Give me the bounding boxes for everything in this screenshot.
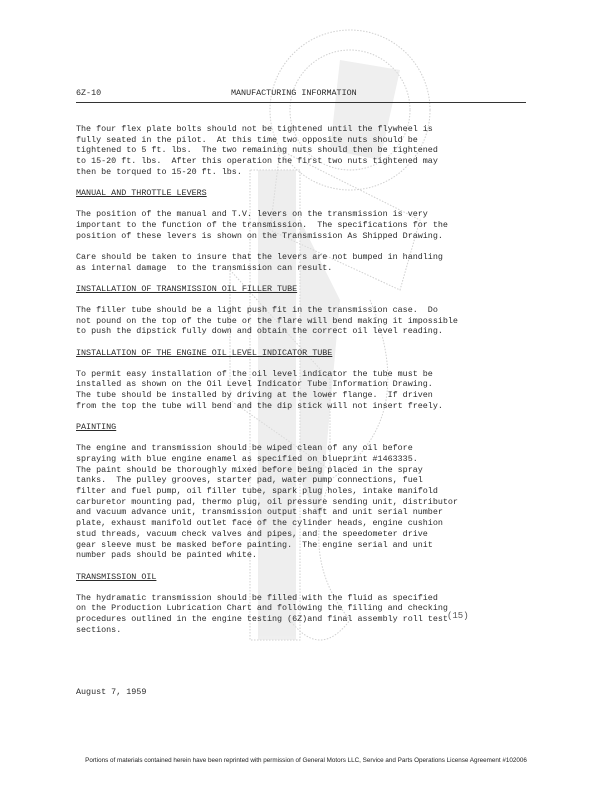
paragraph-painting: The engine and transmission should be wi… (76, 443, 516, 561)
heading-filler-tube: INSTALLATION OF TRANSMISSION OIL FILLER … (76, 284, 516, 295)
margin-annotation: (15) (447, 611, 469, 621)
page-title: MANUFACTURING INFORMATION (231, 88, 357, 98)
document-body: The four flex plate bolts should not be … (76, 124, 516, 646)
paragraph-oil-level-indicator-tube: To permit easy installation of the oil l… (76, 369, 516, 412)
heading-transmission-oil: TRANSMISSION OIL (76, 572, 516, 583)
paragraph-flex-plate-bolts: The four flex plate bolts should not be … (76, 124, 516, 178)
heading-oil-level-indicator-tube: INSTALLATION OF THE ENGINE OIL LEVEL IND… (76, 348, 516, 359)
license-footer: Portions of materials contained herein h… (0, 757, 612, 764)
document-date: August 7, 1959 (76, 687, 146, 697)
heading-manual-throttle-levers: MANUAL AND THROTTLE LEVERS (76, 188, 516, 199)
paragraph-lever-care: Care should be taken to insure that the … (76, 252, 516, 273)
paragraph-lever-position: The position of the manual and T.V. leve… (76, 209, 516, 241)
heading-painting: PAINTING (76, 422, 516, 433)
page-header: 6Z-10 MANUFACTURING INFORMATION (76, 88, 526, 103)
paragraph-filler-tube: The filler tube should be a light push f… (76, 305, 516, 337)
document-page: 6Z-10 MANUFACTURING INFORMATION The four… (0, 0, 612, 792)
page-number: 6Z-10 (76, 88, 101, 98)
